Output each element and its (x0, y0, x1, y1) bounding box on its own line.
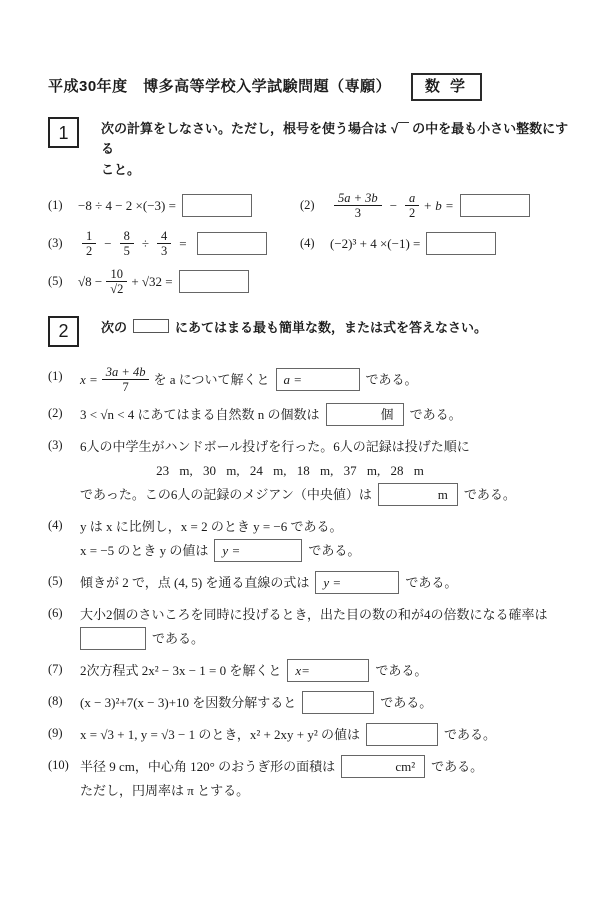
question-label: (9) (48, 722, 80, 742)
fraction-numerator: 4 (157, 229, 171, 243)
answer-box-q6[interactable] (80, 627, 146, 650)
section1-instruction: 次の計算をしなさい。ただし，根号を使う場合は√の中を最も小さい整数にする こと。 (101, 117, 570, 179)
fraction-numerator: 3a + 4b (102, 365, 150, 379)
problem-label: (4) (300, 235, 330, 252)
question-text: である。 (380, 694, 432, 712)
fraction-denominator: 5 (120, 243, 134, 258)
section1-number-box: 1 (48, 117, 79, 148)
answer-box-label: x= (288, 662, 310, 680)
question-text: 2次方程式 2x² − 3x − 1 = 0 を解くと (80, 662, 281, 680)
fraction-numerator: 8 (120, 229, 134, 243)
question-label: (5) (48, 570, 80, 590)
data-values-line: 23 m, 30 m, 24 m, 18 m, 37 m, 28 m (80, 458, 570, 482)
s2-question-10: (10) 半径 9 cm，中心角 120° のおうぎ形の面積は cm² である。… (48, 754, 570, 802)
fraction: a2 (405, 191, 419, 221)
math-expression: + √32 = (131, 273, 172, 291)
question-body: 2次方程式 2x² − 3x − 1 = 0 を解くと x= である。 (80, 658, 570, 682)
question-label: (7) (48, 658, 80, 678)
fraction: 85 (120, 229, 134, 259)
operator: ÷ (142, 235, 149, 253)
answer-box-q7[interactable]: x= (287, 659, 369, 682)
fraction-denominator: 3 (334, 205, 382, 220)
radical-bar-icon (398, 122, 409, 131)
question-text: である。 (431, 758, 483, 776)
question-line: (x − 3)²+7(x − 3)+10 を因数分解すると である。 (80, 690, 570, 714)
section1-problems: (1) −8 ÷ 4 − 2 ×(−3) = (2) 5a + 3b3 − a2… (48, 188, 570, 300)
question-text: 半径 9 cm，中心角 120° のおうぎ形の面積は (80, 758, 335, 776)
section2-instruction: 次のにあてはまる最も簡単な数，または式を答えなさい。 (101, 316, 487, 338)
section2-number-box: 2 (48, 316, 79, 347)
question-body: 3 < √n < 4 にあてはまる自然数 n の個数は 個 である。 (80, 402, 570, 426)
s2-question-1: (1) x = 3a + 4b7 を a について解くと a = である。 (48, 365, 570, 395)
s1-problem-4: (4) (−2)³ + 4 ×(−1) = (300, 232, 570, 255)
problem-label: (2) (300, 197, 330, 214)
question-text: を a について解くと (153, 371, 269, 389)
question-label: (1) (48, 365, 80, 385)
question-body: 大小2個のさいころを同時に投げるとき，出た目の数の和が4の倍数になる確率は であ… (80, 602, 570, 650)
question-line: 傾きが 2 で，点 (4, 5) を通る直線の式は y = である。 (80, 570, 570, 594)
problem-label: (3) (48, 235, 78, 252)
answer-box-label: y = (316, 574, 341, 592)
math-expression: + b = (423, 197, 454, 215)
answer-box-q5[interactable]: y = (315, 571, 399, 594)
question-label: (4) (48, 514, 80, 534)
s1-row2: (3) 12 − 85 ÷ 43 = (4) (−2)³ + 4 ×(−1) = (48, 226, 570, 262)
operator: − (104, 235, 111, 253)
fraction-denominator: 3 (157, 243, 171, 258)
question-body: x = 3a + 4b7 を a について解くと a = である。 (80, 365, 570, 395)
section1-number: 1 (58, 121, 68, 145)
equals-sign: = (179, 235, 186, 253)
answer-box-label: y = (215, 542, 240, 560)
answer-box-s1-4[interactable] (426, 232, 496, 255)
question-body: 傾きが 2 で，点 (4, 5) を通る直線の式は y = である。 (80, 570, 570, 594)
question-text: である。 (444, 726, 496, 744)
question-text: である。 (405, 574, 457, 592)
answer-box-q3[interactable]: m (378, 483, 458, 506)
question-text: x = −5 のとき y の値は (80, 542, 208, 560)
s2-question-9: (9) x = √3 + 1, y = √3 − 1 のとき，x² + 2xy … (48, 722, 570, 746)
s1-problem-1: (1) −8 ÷ 4 − 2 ×(−3) = (48, 194, 300, 217)
fraction-denominator: √2 (106, 281, 127, 296)
question-line: 半径 9 cm，中心角 120° のおうぎ形の面積は cm² である。 (80, 754, 570, 778)
s2-question-2: (2) 3 < √n < 4 にあてはまる自然数 n の個数は 個 である。 (48, 402, 570, 426)
question-body: 6人の中学生がハンドボール投げを行った。6人の記録は投げた順に 23 m, 30… (80, 434, 570, 506)
question-line: 2次方程式 2x² − 3x − 1 = 0 を解くと x= である。 (80, 658, 570, 682)
question-text: (x − 3)²+7(x − 3)+10 を因数分解すると (80, 694, 296, 712)
math-expression: −8 ÷ 4 − 2 ×(−3) = (78, 197, 176, 215)
fraction: 10√2 (106, 267, 127, 297)
question-text: である。 (375, 662, 427, 680)
section2-number: 2 (58, 319, 68, 343)
question-text: 傾きが 2 で，点 (4, 5) を通る直線の式は (80, 574, 309, 592)
subject-label: 数 学 (425, 78, 468, 95)
operator: − (390, 197, 397, 215)
answer-box-q4[interactable]: y = (214, 539, 302, 562)
answer-box-unit: 個 (381, 406, 403, 424)
fraction-denominator: 2 (82, 243, 96, 258)
question-line: である。 (80, 626, 570, 650)
fraction-numerator: 1 (82, 229, 96, 243)
answer-box-s1-1[interactable] (182, 194, 252, 217)
s2-question-6: (6) 大小2個のさいころを同時に投げるとき，出た目の数の和が4の倍数になる確率… (48, 602, 570, 650)
question-line: y は x に比例し，x = 2 のとき y = −6 である。 (80, 514, 570, 538)
fraction: 12 (82, 229, 96, 259)
s1-problem-2: (2) 5a + 3b3 − a2 + b = (300, 191, 570, 221)
question-line: x = 3a + 4b7 を a について解くと a = である。 (80, 365, 570, 395)
question-text: x = √3 + 1, y = √3 − 1 のとき，x² + 2xy + y²… (80, 726, 360, 744)
s2-question-5: (5) 傾きが 2 で，点 (4, 5) を通る直線の式は y = である。 (48, 570, 570, 594)
question-label: (2) (48, 402, 80, 422)
fraction-denominator: 2 (405, 205, 419, 220)
answer-box-s1-3[interactable] (197, 232, 267, 255)
question-line: 3 < √n < 4 にあてはまる自然数 n の個数は 個 である。 (80, 402, 570, 426)
section1-header: 1 次の計算をしなさい。ただし，根号を使う場合は√の中を最も小さい整数にする こ… (48, 117, 570, 179)
question-body: (x − 3)²+7(x − 3)+10 を因数分解すると である。 (80, 690, 570, 714)
question-label: (10) (48, 754, 80, 774)
fraction: 5a + 3b3 (334, 191, 382, 221)
exam-title: 平成30年度 博多高等学校入学試験問題（専願） (48, 77, 391, 97)
answer-box-unit: m (438, 486, 457, 504)
blank-box-icon (133, 319, 169, 333)
question-text: である。 (366, 371, 418, 389)
fraction: 43 (157, 229, 171, 259)
question-text: である。 (410, 406, 462, 424)
fraction-numerator: 10 (106, 267, 127, 281)
s1-problem-5: (5) √8 − 10√2 + √32 = (48, 267, 300, 297)
question-text: である。 (152, 630, 204, 648)
question-line: x = −5 のとき y の値は y = である。 (80, 538, 570, 562)
math-expression: x = (80, 371, 98, 389)
problem-label: (1) (48, 197, 78, 214)
math-expression: √8 − (78, 273, 102, 291)
problem-label: (5) (48, 273, 78, 290)
question-text: である。 (308, 542, 360, 560)
question-line: であった。この6人の記録のメジアン（中央値）は m である。 (80, 482, 570, 506)
answer-box-q1[interactable]: a = (276, 368, 360, 391)
question-note: ただし，円周率は π とする。 (80, 778, 570, 802)
instruction-text: にあてはまる最も簡単な数，または式を答えなさい。 (175, 320, 487, 335)
question-body: y は x に比例し，x = 2 のとき y = −6 である。 x = −5 … (80, 514, 570, 562)
fraction-numerator: 5a + 3b (334, 191, 382, 205)
instruction-text: 次の (101, 320, 127, 335)
question-body: 半径 9 cm，中心角 120° のおうぎ形の面積は cm² である。 ただし，… (80, 754, 570, 802)
question-body: x = √3 + 1, y = √3 − 1 のとき，x² + 2xy + y²… (80, 722, 570, 746)
answer-box-q8[interactable] (302, 691, 374, 714)
answer-box-s1-5[interactable] (179, 270, 249, 293)
question-text: である。 (464, 486, 516, 504)
instruction-text: 次の計算をしなさい。ただし，根号を使う場合は (101, 121, 387, 136)
question-line: x = √3 + 1, y = √3 − 1 のとき，x² + 2xy + y²… (80, 722, 570, 746)
header: 平成30年度 博多高等学校入学試験問題（専願） 数 学 (48, 73, 570, 101)
fraction-numerator: a (405, 191, 419, 205)
section1-instruction-line2: こと。 (101, 160, 570, 180)
math-expression: (−2)³ + 4 ×(−1) = (330, 235, 420, 253)
s2-question-7: (7) 2次方程式 2x² − 3x − 1 = 0 を解くと x= である。 (48, 658, 570, 682)
section2-questions: (1) x = 3a + 4b7 を a について解くと a = である。 (2… (48, 365, 570, 803)
question-text: であった。この6人の記録のメジアン（中央値）は (80, 486, 372, 504)
exam-page: 平成30年度 博多高等学校入学試験問題（専願） 数 学 1 次の計算をしなさい。… (0, 0, 600, 900)
question-line: 大小2個のさいころを同時に投げるとき，出た目の数の和が4の倍数になる確率は (80, 602, 570, 626)
section2-header: 2 次のにあてはまる最も簡単な数，または式を答えなさい。 (48, 316, 570, 347)
s2-question-4: (4) y は x に比例し，x = 2 のとき y = −6 である。 x =… (48, 514, 570, 562)
answer-box-q10[interactable]: cm² (341, 755, 425, 778)
fraction-denominator: 7 (102, 379, 150, 394)
question-line: 6人の中学生がハンドボール投げを行った。6人の記録は投げた順に (80, 434, 570, 458)
answer-box-unit: cm² (395, 758, 424, 776)
question-text: 3 < √n < 4 にあてはまる自然数 n の個数は (80, 406, 320, 424)
section1-instruction-line1: 次の計算をしなさい。ただし，根号を使う場合は√の中を最も小さい整数にする (101, 119, 570, 159)
s1-problem-3: (3) 12 − 85 ÷ 43 = (48, 229, 300, 259)
answer-box-s1-2[interactable] (460, 194, 530, 217)
record-values: 23 m, 30 m, 24 m, 18 m, 37 m, 28 m (156, 462, 424, 480)
s1-row1: (1) −8 ÷ 4 − 2 ×(−3) = (2) 5a + 3b3 − a2… (48, 188, 570, 224)
subject-box: 数 学 (411, 73, 482, 101)
answer-box-q9[interactable] (366, 723, 438, 746)
fraction: 3a + 4b7 (102, 365, 150, 395)
question-label: (3) (48, 434, 80, 454)
s2-question-3: (3) 6人の中学生がハンドボール投げを行った。6人の記録は投げた順に 23 m… (48, 434, 570, 506)
question-label: (6) (48, 602, 80, 622)
s2-question-8: (8) (x − 3)²+7(x − 3)+10 を因数分解すると である。 (48, 690, 570, 714)
question-label: (8) (48, 690, 80, 710)
s1-row3: (5) √8 − 10√2 + √32 = (48, 264, 570, 300)
answer-box-label: a = (277, 371, 303, 389)
radical-icon: √ (391, 121, 398, 136)
answer-box-q2[interactable]: 個 (326, 403, 404, 426)
